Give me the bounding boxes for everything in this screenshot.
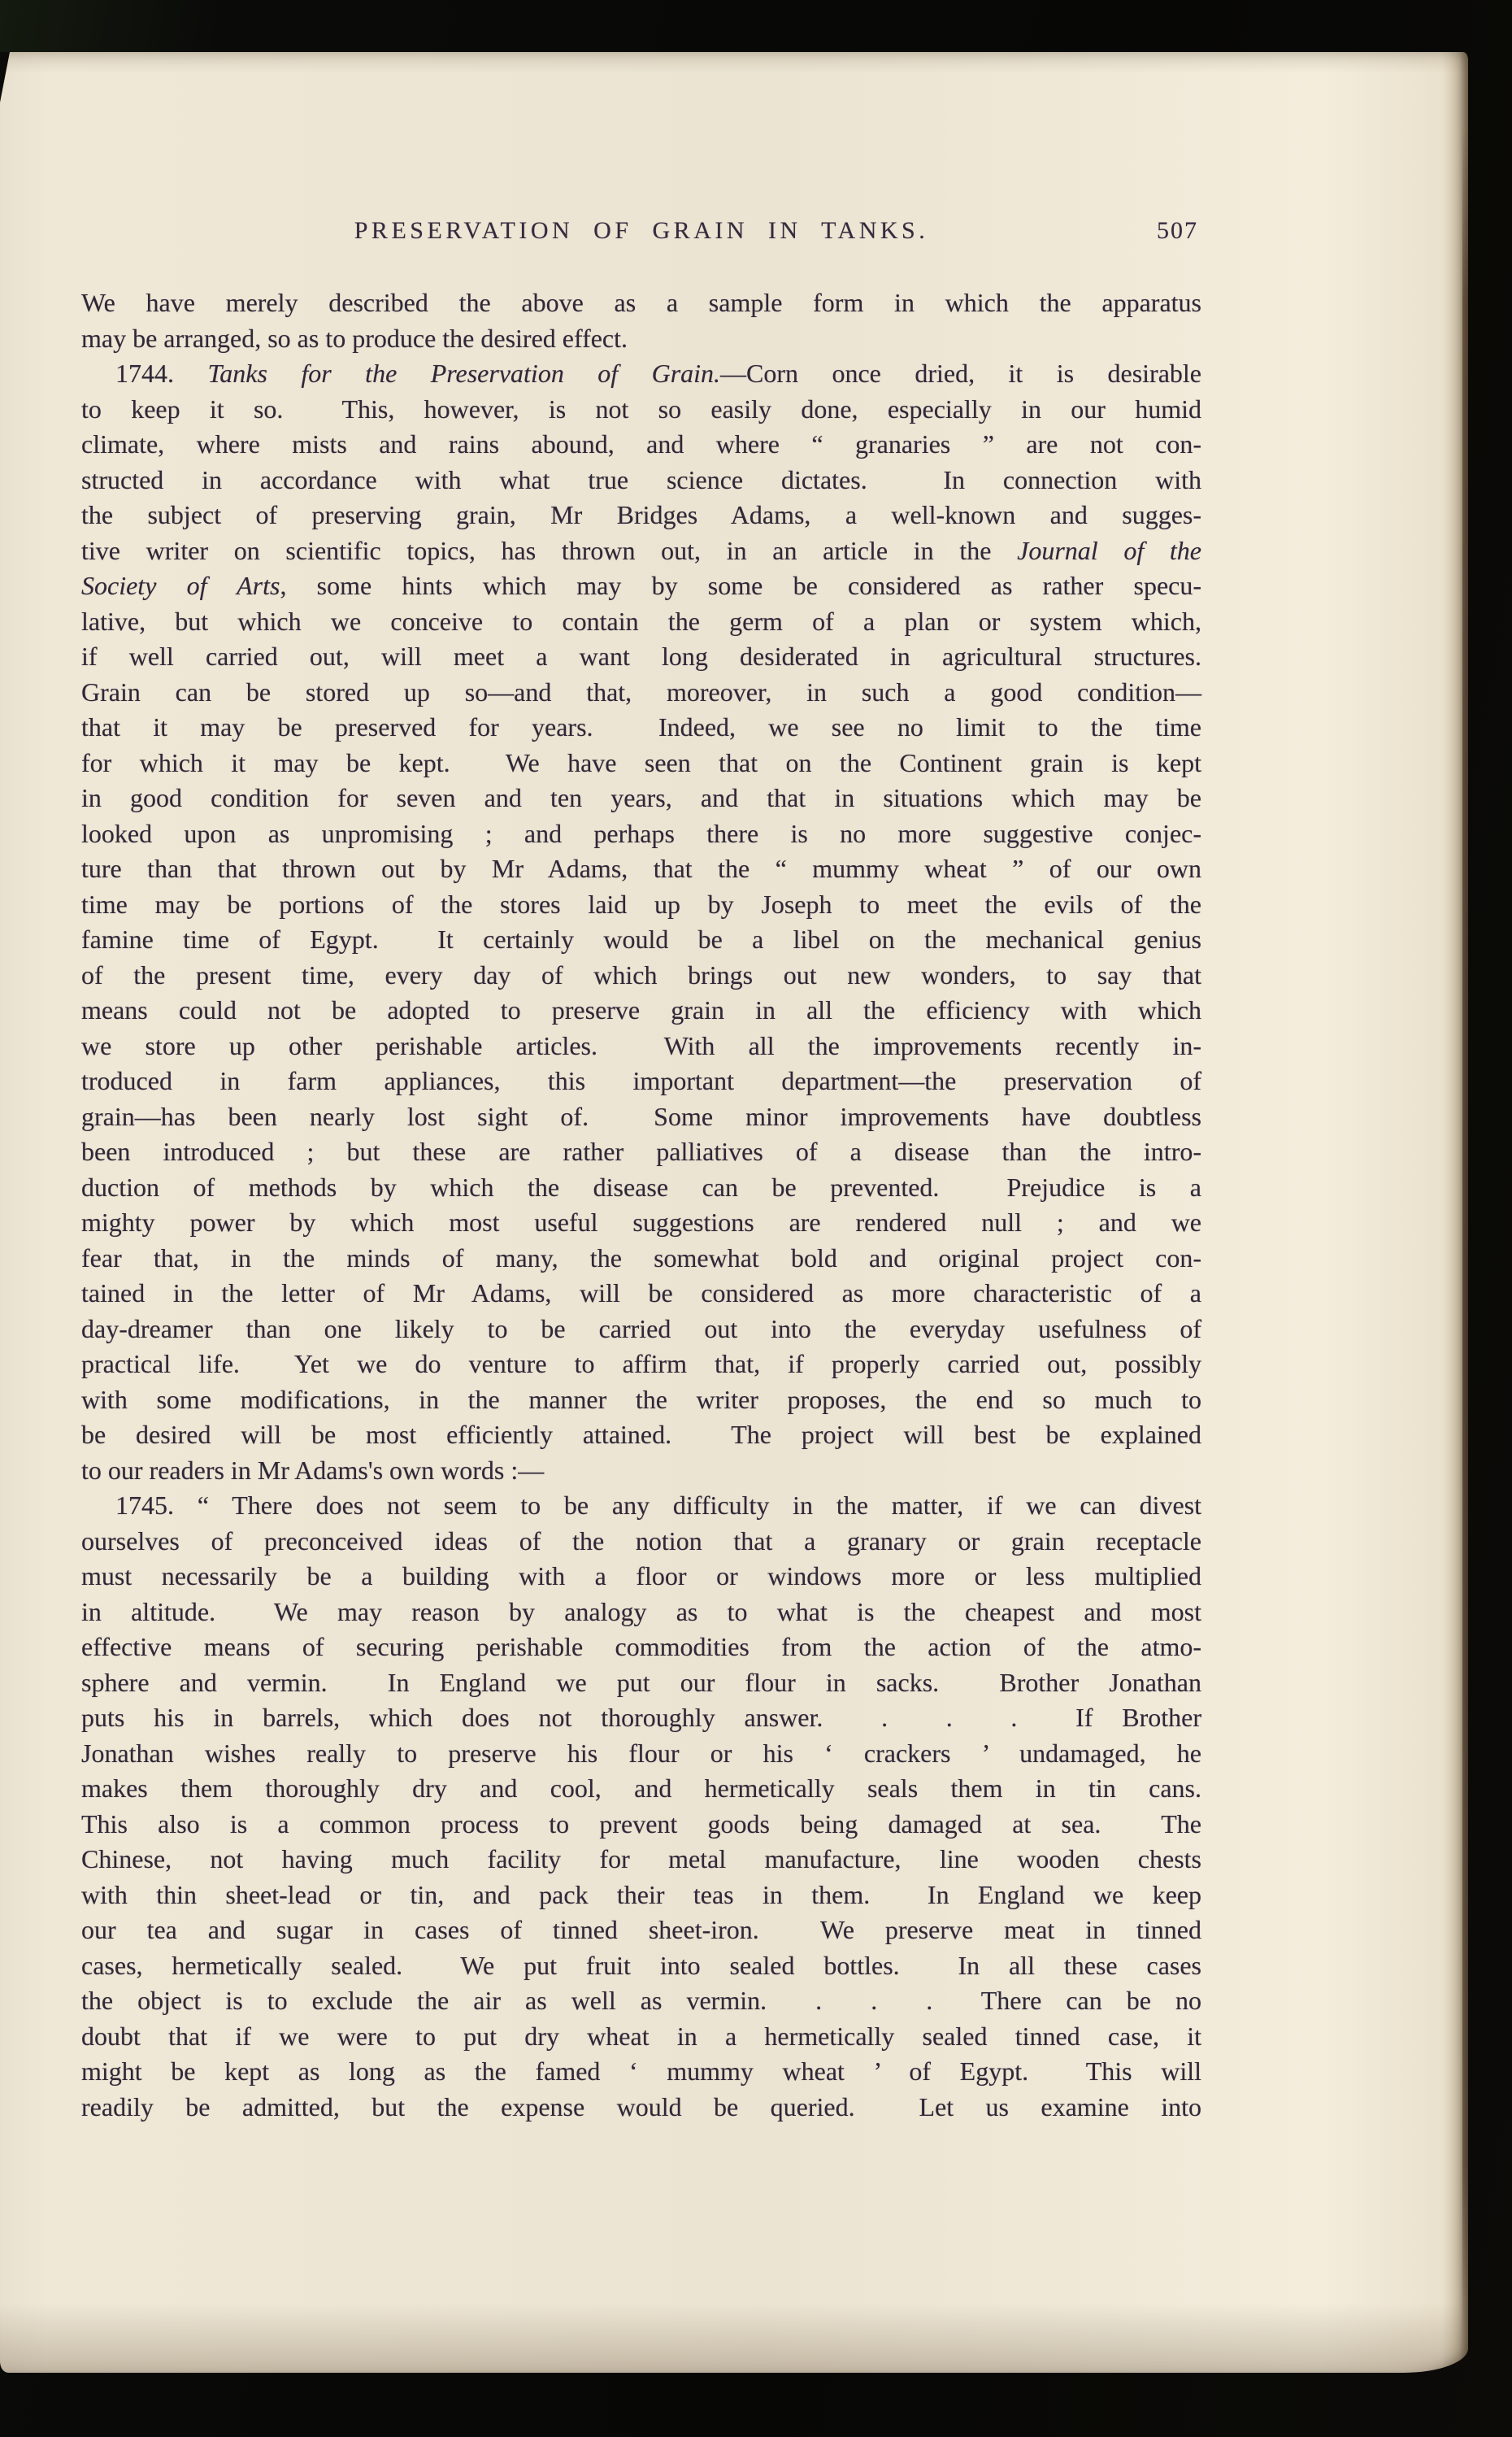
text-line: sphere and vermin. In England we put our… [81, 1665, 1201, 1701]
text-line: structed in accordance with what true sc… [81, 463, 1201, 498]
text-line: Jonathan wishes really to preserve his f… [81, 1736, 1201, 1772]
text-line: the subject of preserving grain, Mr Brid… [81, 498, 1201, 533]
text-line: might be kept as long as the famed ‘ mum… [81, 2054, 1201, 2090]
text-line: to our readers in Mr Adams's own words :… [81, 1453, 1201, 1489]
text-line: grain—has been nearly lost sight of. Som… [81, 1099, 1201, 1135]
text-line: in good condition for seven and ten year… [81, 781, 1201, 816]
text-line: Chinese, not having much facility for me… [81, 1842, 1201, 1878]
text-line: 1745. “ There does not seem to be any di… [81, 1488, 1201, 1524]
text-line: day-dreamer than one likely to be carrie… [81, 1312, 1201, 1347]
paragraph: 1745. “ There does not seem to be any di… [81, 1488, 1201, 2125]
page-number: 507 [1157, 217, 1198, 245]
text-line: troduced in farm appliances, this import… [81, 1064, 1201, 1099]
text-line: lative, but which we conceive to contain… [81, 604, 1201, 640]
text-line: of the present time, every day of which … [81, 958, 1201, 994]
text-line: must necessarily be a building with a fl… [81, 1559, 1201, 1595]
text-line: means could not be adopted to preserve g… [81, 993, 1201, 1029]
text-line: that it may be preserved for years. Inde… [81, 710, 1201, 746]
page-edge-shadow [1462, 125, 1468, 2340]
paragraph: We have merely described the above as a … [81, 285, 1201, 356]
text-line: makes them thoroughly dry and cool, and … [81, 1771, 1201, 1807]
paragraph: 1744. Tanks for the Preservation of Grai… [81, 356, 1201, 1488]
page-body-text: We have merely described the above as a … [81, 285, 1201, 2125]
text-line: We have merely described the above as a … [81, 285, 1201, 321]
text-line: time may be portions of the stores laid … [81, 887, 1201, 923]
text-line: Society of Arts, some hints which may by… [81, 568, 1201, 604]
text-line: if well carried out, will meet a want lo… [81, 639, 1201, 675]
text-line: climate, where mists and rains abound, a… [81, 427, 1201, 463]
text-line: 1744. Tanks for the Preservation of Grai… [81, 356, 1201, 392]
book-page: PRESERVATION OF GRAIN IN TANKS. 507 We h… [0, 52, 1468, 2373]
text-line: may be arranged, so as to produce the de… [81, 321, 1201, 357]
text-line: This also is a common process to prevent… [81, 1807, 1201, 1843]
text-line: for which it may be kept. We have seen t… [81, 746, 1201, 781]
page-header: PRESERVATION OF GRAIN IN TANKS. 507 [81, 217, 1201, 250]
text-line: famine time of Egypt. It certainly would… [81, 922, 1201, 958]
scan-corner-artifact [0, 52, 10, 102]
text-line: our tea and sugar in cases of tinned she… [81, 1913, 1201, 1948]
text-line: cases, hermetically sealed. We put fruit… [81, 1948, 1201, 1984]
text-line: looked upon as unpromising ; and perhaps… [81, 816, 1201, 852]
text-line: ourselves of preconceived ideas of the n… [81, 1524, 1201, 1560]
text-line: puts his in barrels, which does not thor… [81, 1700, 1201, 1736]
running-title: PRESERVATION OF GRAIN IN TANKS. [81, 217, 1201, 245]
text-line: the object is to exclude the air as well… [81, 1983, 1201, 2019]
text-line: tained in the letter of Mr Adams, will b… [81, 1276, 1201, 1312]
text-line: duction of methods by which the disease … [81, 1170, 1201, 1206]
text-line: to keep it so. This, however, is not so … [81, 392, 1201, 428]
text-line: been introduced ; but these are rather p… [81, 1134, 1201, 1170]
scanned-book-page: PRESERVATION OF GRAIN IN TANKS. 507 We h… [0, 0, 1512, 2437]
text-line: with some modifications, in the manner t… [81, 1382, 1201, 1418]
text-line: be desired will be most efficiently atta… [81, 1417, 1201, 1453]
text-line: Grain can be stored up so—and that, more… [81, 675, 1201, 711]
text-line: doubt that if we were to put dry wheat i… [81, 2019, 1201, 2055]
text-line: with thin sheet-lead or tin, and pack th… [81, 1878, 1201, 1913]
text-line: readily be admitted, but the expense wou… [81, 2090, 1201, 2126]
text-line: effective means of securing perishable c… [81, 1630, 1201, 1665]
text-line: fear that, in the minds of many, the som… [81, 1241, 1201, 1277]
text-line: we store up other perishable articles. W… [81, 1029, 1201, 1064]
text-line: in altitude. We may reason by analogy as… [81, 1595, 1201, 1630]
text-line: mighty power by which most useful sugges… [81, 1205, 1201, 1241]
text-line: practical life. Yet we do venture to aff… [81, 1347, 1201, 1382]
text-line: tive writer on scientific topics, has th… [81, 533, 1201, 569]
text-line: ture than that thrown out by Mr Adams, t… [81, 851, 1201, 887]
